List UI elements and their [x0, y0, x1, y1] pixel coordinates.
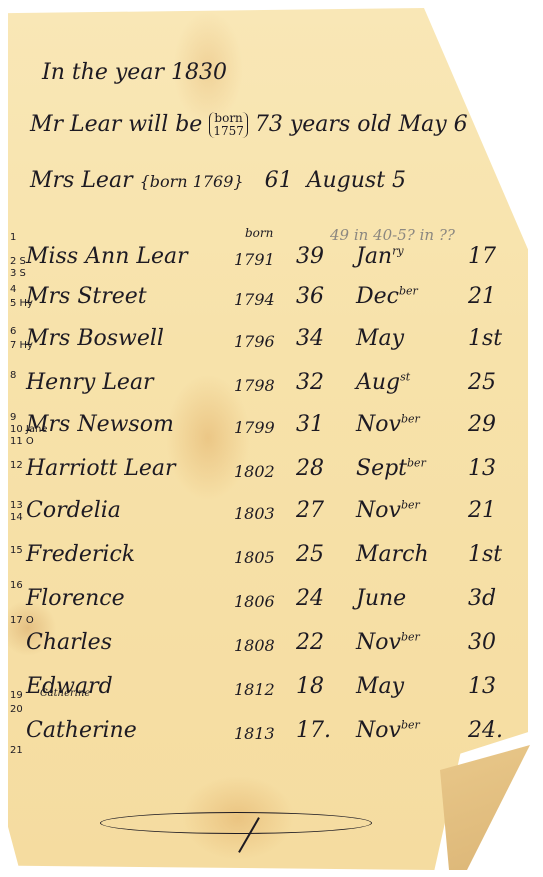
- entry-day: 30: [468, 630, 496, 655]
- entry-age: 36: [296, 284, 324, 309]
- ledger-row: Mrs Boswell179634May1st: [26, 326, 516, 362]
- entry-name: Charles: [26, 630, 112, 655]
- title-line: In the year 1830: [42, 60, 227, 85]
- entry-age: 25: [296, 542, 324, 567]
- margin-number: 2 S: [10, 256, 26, 267]
- margin-number: 6: [10, 326, 16, 337]
- entry-name: Henry Lear: [26, 370, 154, 395]
- ledger-row: Mrs Newsom179931Novber29: [26, 412, 516, 448]
- entry-month: Novber: [356, 412, 420, 437]
- entry-age: 24: [296, 586, 324, 611]
- margin-number: 4: [10, 284, 16, 295]
- entry-day: 13: [468, 456, 496, 481]
- entry-day: 13: [468, 674, 496, 699]
- entry-age: 27: [296, 498, 324, 523]
- entry-day: 1st: [468, 542, 502, 567]
- ledger-row: Frederick180525March1st: [26, 542, 516, 578]
- entry-month: Decber: [356, 284, 418, 309]
- entry-name: Mrs Boswell: [26, 326, 164, 351]
- margin-number: 14: [10, 512, 23, 523]
- entry-day: 24.: [468, 718, 503, 743]
- entry-month: May: [356, 326, 404, 351]
- entry-age: 31: [296, 412, 324, 437]
- entry-day: 3d: [468, 586, 496, 611]
- entry-age: 32: [296, 370, 324, 395]
- ledger-row: Harriott Lear180228Septber13: [26, 456, 516, 492]
- entry-month: Augst: [356, 370, 410, 395]
- entry-age: 39: [296, 244, 324, 269]
- margin-number: 13: [10, 500, 23, 511]
- entry-birth-year: 1798: [234, 376, 275, 395]
- entry-name: Miss Ann Lear: [26, 244, 188, 269]
- entry-birth-year: 1791: [234, 250, 275, 269]
- margin-number: 1: [10, 232, 16, 243]
- entry-birth-year: 1805: [234, 548, 275, 567]
- entry-month: Septber: [356, 456, 426, 481]
- mr-lear-line: Mr Lear will be born1757 73 years old Ma…: [30, 112, 468, 138]
- ledger-row: Charles180822Novber30: [26, 630, 516, 666]
- margin-number: 3 S: [10, 268, 26, 279]
- entry-birth-year: 1796: [234, 332, 275, 351]
- interlinear-note: Catherine: [40, 688, 90, 699]
- mrs-lear-line: Mrs Lear {born 1769} 61 August 5: [30, 168, 406, 193]
- entry-name: Frederick: [26, 542, 135, 567]
- ledger-row: Cordelia180327Novber21: [26, 498, 516, 534]
- entry-day: 21: [468, 498, 496, 523]
- born-bracket: born1757: [209, 112, 248, 138]
- entry-age: 17.: [296, 718, 331, 743]
- entry-birth-year: 1812: [234, 680, 275, 699]
- margin-number: 21: [10, 745, 23, 756]
- entry-birth-year: 1803: [234, 504, 275, 523]
- entry-day: 1st: [468, 326, 502, 351]
- margin-number: 19: [10, 690, 23, 701]
- entry-day: 25: [468, 370, 496, 395]
- entry-age: 28: [296, 456, 324, 481]
- entry-name: Florence: [26, 586, 125, 611]
- margin-number: 15: [10, 545, 23, 556]
- entry-birth-year: 1799: [234, 418, 275, 437]
- entry-birth-year: 1808: [234, 636, 275, 655]
- entry-birth-year: 1802: [234, 462, 275, 481]
- entry-name: Mrs Street: [26, 284, 147, 309]
- margin-number: 8: [10, 370, 16, 381]
- entry-day: 17: [468, 244, 496, 269]
- ledger-row: Catherine181317.Novber24.: [26, 718, 516, 754]
- ledger-row: Florence180624June3d: [26, 586, 516, 622]
- ledger-row: Miss Ann Lear179139Janry17: [26, 244, 516, 280]
- closing-flourish: [100, 812, 372, 834]
- margin-number: 9: [10, 412, 16, 423]
- entry-day: 21: [468, 284, 496, 309]
- entry-birth-year: 1806: [234, 592, 275, 611]
- entry-day: 29: [468, 412, 496, 437]
- ledger-row: Henry Lear179832Augst25: [26, 370, 516, 406]
- margin-number: 16: [10, 580, 23, 591]
- entry-month: Novber: [356, 718, 420, 743]
- entry-age: 22: [296, 630, 324, 655]
- margin-number: 12: [10, 460, 23, 471]
- entry-name: Cordelia: [26, 498, 121, 523]
- born-column-header: born: [245, 226, 273, 240]
- entry-birth-year: 1794: [234, 290, 275, 309]
- entry-month: June: [356, 586, 406, 611]
- entry-month: Janry: [356, 244, 404, 269]
- entry-name: Mrs Newsom: [26, 412, 174, 437]
- entry-month: May: [356, 674, 404, 699]
- entry-month: Novber: [356, 498, 420, 523]
- entry-month: March: [356, 542, 429, 567]
- entry-age: 34: [296, 326, 324, 351]
- entry-month: Novber: [356, 630, 420, 655]
- margin-number: 20: [10, 704, 23, 715]
- entry-name: Harriott Lear: [26, 456, 176, 481]
- entry-birth-year: 1813: [234, 724, 275, 743]
- pencil-note: 49 in 40-5? in ??: [330, 226, 455, 244]
- ledger-row: Mrs Street179436Decber21: [26, 284, 516, 320]
- entry-name: Catherine: [26, 718, 137, 743]
- ledger-row: Edward181218May13: [26, 674, 516, 710]
- entry-age: 18: [296, 674, 324, 699]
